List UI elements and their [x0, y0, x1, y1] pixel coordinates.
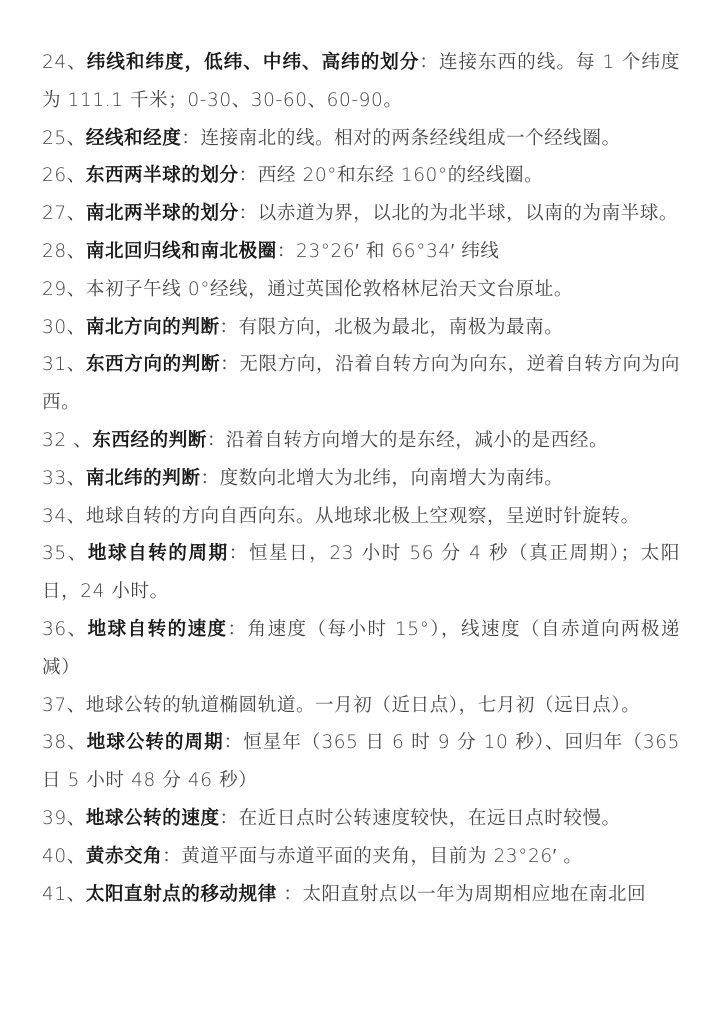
item-number: 33、	[42, 468, 86, 489]
item-term: 黄赤交角	[86, 846, 162, 867]
item-number: 24、	[42, 52, 87, 73]
item-body: 23°26′ 和 66°34′ 纬线	[296, 241, 500, 262]
item-body: 太阳直射点以一年为周期相应地在南北回	[302, 884, 646, 905]
item-term: 地球自转的周期	[88, 543, 229, 564]
item-separator: ：	[228, 619, 248, 640]
list-item-37: 37、地球公转的轨道椭圆轨道。一月初（近日点），七月初（远日点）。	[42, 687, 680, 725]
item-separator: ：	[239, 203, 258, 224]
item-term: 纬线和纬度，低纬、中纬、高纬的划分	[87, 52, 420, 73]
item-term: 东西方向的判断	[86, 354, 220, 375]
item-term: 太阳直射点的移动规律	[86, 884, 277, 905]
item-term: 经线和经度	[86, 128, 182, 149]
list-item-25: 25、经线和经度：连接南北的线。相对的两条经线组成一个经线圈。	[42, 120, 680, 158]
list-item-39: 39、地球公转的速度：在近日点时公转速度较快，在远日点时较慢。	[42, 800, 680, 838]
item-number: 32 、	[42, 430, 92, 451]
item-separator: ：	[220, 317, 239, 338]
item-body: 以赤道为界，以北的为北半球，以南的为南半球。	[258, 203, 678, 224]
item-term: 东西经的判断	[92, 430, 207, 451]
item-number: 27、	[42, 203, 86, 224]
item-number: 41、	[42, 884, 86, 905]
item-body: 有限方向，北极为最北，南极为最南。	[239, 317, 564, 338]
list-item-26: 26、东西两半球的划分：西经 20°和东经 160°的经线圈。	[42, 157, 680, 195]
list-item-24: 24、纬线和纬度，低纬、中纬、高纬的划分：连接东西的线。每 1 个纬度为 111…	[42, 44, 680, 120]
item-body: 在近日点时公转速度较快，在远日点时较慢。	[239, 808, 621, 829]
item-term: 地球自转的速度	[88, 619, 228, 640]
item-separator: ：	[277, 241, 296, 262]
item-number: 39、	[42, 808, 86, 829]
list-item-28: 28、南北回归线和南北极圈：23°26′ 和 66°34′ 纬线	[42, 233, 680, 271]
item-separator: ：	[419, 52, 439, 73]
item-number: 37、	[42, 695, 86, 716]
list-item-33: 33、南北纬的判断：度数向北增大为北纬，向南增大为南纬。	[42, 460, 680, 498]
list-item-38: 38、地球公转的周期：恒星年（365 日 6 时 9 分 10 秒）、回归年（3…	[42, 724, 680, 800]
list-item-30: 30、南北方向的判断：有限方向，北极为最北，南极为最南。	[42, 309, 680, 347]
item-body: 地球公转的轨道椭圆轨道。一月初（近日点），七月初（远日点）。	[86, 695, 641, 716]
item-term: 东西两半球的划分	[86, 165, 239, 186]
item-number: 35、	[42, 543, 88, 564]
document-page: 24、纬线和纬度，低纬、中纬、高纬的划分：连接东西的线。每 1 个纬度为 111…	[0, 0, 720, 913]
list-item-35: 35、地球自转的周期：恒星日，23 小时 56 分 4 秒（真正周期）；太阳日，…	[42, 535, 680, 611]
item-number: 34、	[42, 506, 86, 527]
item-separator: ：	[220, 354, 239, 375]
item-number: 40、	[42, 846, 86, 867]
item-number: 26、	[42, 165, 86, 186]
item-body: 沿着自转方向增大的是东经，减小的是西经。	[226, 430, 608, 451]
item-separator: ：	[162, 846, 181, 867]
item-separator: ：	[239, 165, 258, 186]
item-separator: ：	[181, 128, 200, 149]
item-body: 度数向北增大为北纬，向南增大为南纬。	[220, 468, 564, 489]
item-term: 地球公转的周期	[87, 732, 224, 753]
item-term: 南北回归线和南北极圈	[86, 241, 277, 262]
item-number: 28、	[42, 241, 86, 262]
item-body: 地球自转的方向自西向东。从地球北极上空观察，呈逆时针旋转。	[86, 506, 640, 527]
item-body: 本初子午线 0°经线，通过英国伦敦格林尼治天文台原址。	[86, 279, 573, 300]
list-item-31: 31、东西方向的判断：无限方向，沿着自转方向为向东，逆着自转方向为向西。	[42, 346, 680, 422]
item-separator: ：	[220, 808, 239, 829]
item-number: 38、	[42, 732, 87, 753]
item-separator: ：	[207, 430, 226, 451]
item-number: 36、	[42, 619, 88, 640]
item-number: 31、	[42, 354, 86, 375]
list-item-32: 32 、东西经的判断：沿着自转方向增大的是东经，减小的是西经。	[42, 422, 680, 460]
item-body: 连接南北的线。相对的两条经线组成一个经线圈。	[200, 128, 620, 149]
item-separator: ：	[229, 543, 249, 564]
item-number: 25、	[42, 128, 86, 149]
list-item-41: 41、太阳直射点的移动规律 ：太阳直射点以一年为周期相应地在南北回	[42, 876, 680, 914]
item-separator: ：	[200, 468, 219, 489]
item-number: 30、	[42, 317, 86, 338]
list-item-29: 29、本初子午线 0°经线，通过英国伦敦格林尼治天文台原址。	[42, 271, 680, 309]
item-body: 黄道平面与赤道平面的夹角，目前为 23°26′ 。	[181, 846, 582, 867]
list-item-27: 27、南北两半球的划分：以赤道为界，以北的为北半球，以南的为南半球。	[42, 195, 680, 233]
item-separator: ：	[224, 732, 244, 753]
list-item-40: 40、黄赤交角：黄道平面与赤道平面的夹角，目前为 23°26′ 。	[42, 838, 680, 876]
item-term: 南北纬的判断	[86, 468, 201, 489]
item-term: 南北方向的判断	[86, 317, 220, 338]
item-separator: ：	[277, 884, 303, 905]
item-body: 西经 20°和东经 160°的经线圈。	[258, 165, 544, 186]
item-number: 29、	[42, 279, 86, 300]
list-item-36: 36、地球自转的速度：角速度（每小时 15°），线速度（自赤道向两极递减）	[42, 611, 680, 687]
item-term: 地球公转的速度	[86, 808, 220, 829]
list-item-34: 34、地球自转的方向自西向东。从地球北极上空观察，呈逆时针旋转。	[42, 498, 680, 536]
item-term: 南北两半球的划分	[86, 203, 239, 224]
